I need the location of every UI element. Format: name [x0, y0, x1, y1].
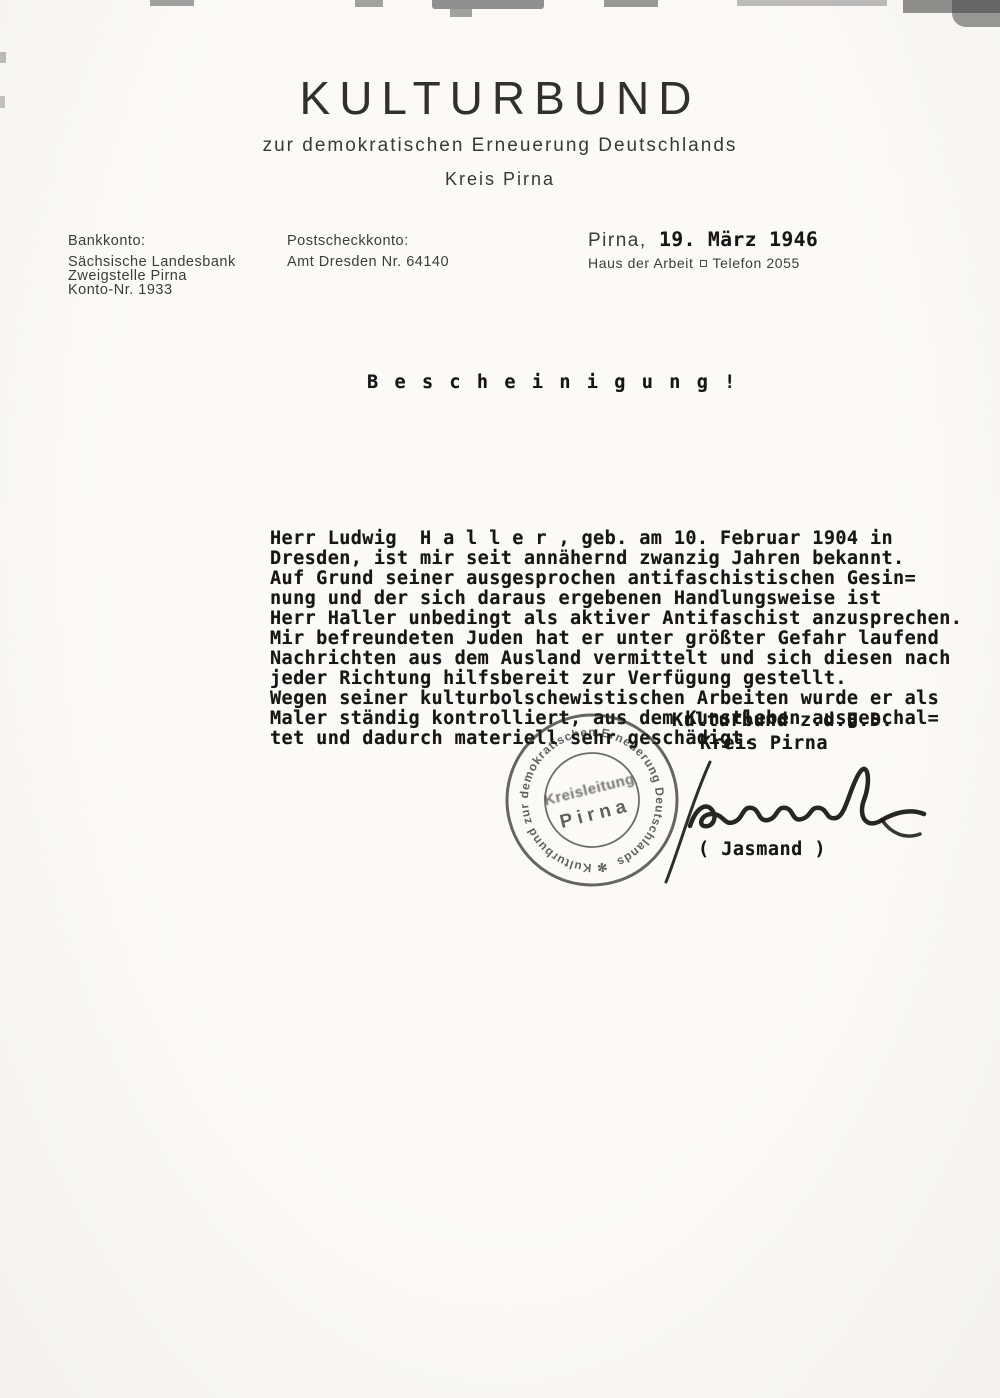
square-separator-icon	[700, 260, 707, 267]
postal-account-block: Postscheckkonto: Amt Dresden Nr. 64140	[287, 234, 449, 269]
scan-artifact	[952, 0, 1000, 27]
bank-account-block: Bankkonto: Sächsische LandesbankZweigste…	[68, 234, 236, 297]
bank-account-line: Konto-Nr. 1933	[68, 283, 236, 297]
postal-account-line: Amt Dresden Nr. 64140	[287, 255, 449, 269]
body-line: Herr Ludwig H a l l e r , geb. am 10. Fe…	[270, 529, 1000, 549]
scan-artifact	[355, 0, 383, 7]
scan-artifact	[432, 0, 544, 9]
body-line: Auf Grund seiner ausgesprochen antifasch…	[270, 569, 1000, 589]
closing-organization: Kulturbund z.d.E.D.	[672, 710, 893, 731]
scanned-document: KULTURBUND zur demokratischen Erneuerung…	[0, 0, 1000, 1398]
org-title: KULTURBUND	[0, 74, 1000, 122]
scan-artifact	[737, 0, 887, 6]
body-line: Nachrichten aus dem Ausland vermittelt u…	[270, 649, 1000, 669]
body-line: Mir befreundeten Juden hat er unter größ…	[270, 629, 1000, 649]
bank-account-line: Sächsische Landesbank	[68, 255, 236, 269]
place-label: Pirna,	[588, 230, 647, 252]
scan-artifact	[604, 0, 658, 7]
dateline: Pirna, 19. März 1946	[588, 228, 818, 252]
org-subtitle: zur demokratischen Erneuerung Deutschlan…	[0, 135, 1000, 157]
bank-account-lines: Sächsische LandesbankZweigstelle PirnaKo…	[68, 255, 236, 297]
typed-date: 19. März 1946	[659, 228, 818, 251]
body-line: Dresden, ist mir seit annähernd zwanzig …	[270, 549, 1000, 569]
telephone-label: Telefon 2055	[713, 255, 800, 271]
venue-label: Haus der Arbeit	[588, 255, 694, 271]
org-region: Kreis Pirna	[0, 169, 1000, 190]
venue-line: Haus der ArbeitTelefon 2055	[588, 255, 800, 271]
subject-heading: B e s c h e i n i g u n g !	[367, 372, 738, 393]
closing-district: Kreis Pirna	[700, 733, 828, 754]
bank-account-label: Bankkonto:	[68, 234, 236, 248]
signature-scrawl	[628, 756, 948, 886]
postal-account-label: Postscheckkonto:	[287, 234, 449, 248]
body-line: nung und der sich daraus ergebenen Handl…	[270, 589, 1000, 609]
scan-artifact	[0, 52, 6, 63]
bank-account-line: Zweigstelle Pirna	[68, 269, 236, 283]
body-line: Herr Haller unbedingt als aktiver Antifa…	[270, 609, 1000, 629]
body-line: jeder Richtung hilfsbereit zur Verfügung…	[270, 669, 1000, 689]
typed-signature-name: ( Jasmand )	[698, 839, 826, 860]
scan-artifact	[150, 0, 194, 6]
scan-artifact	[450, 9, 472, 17]
